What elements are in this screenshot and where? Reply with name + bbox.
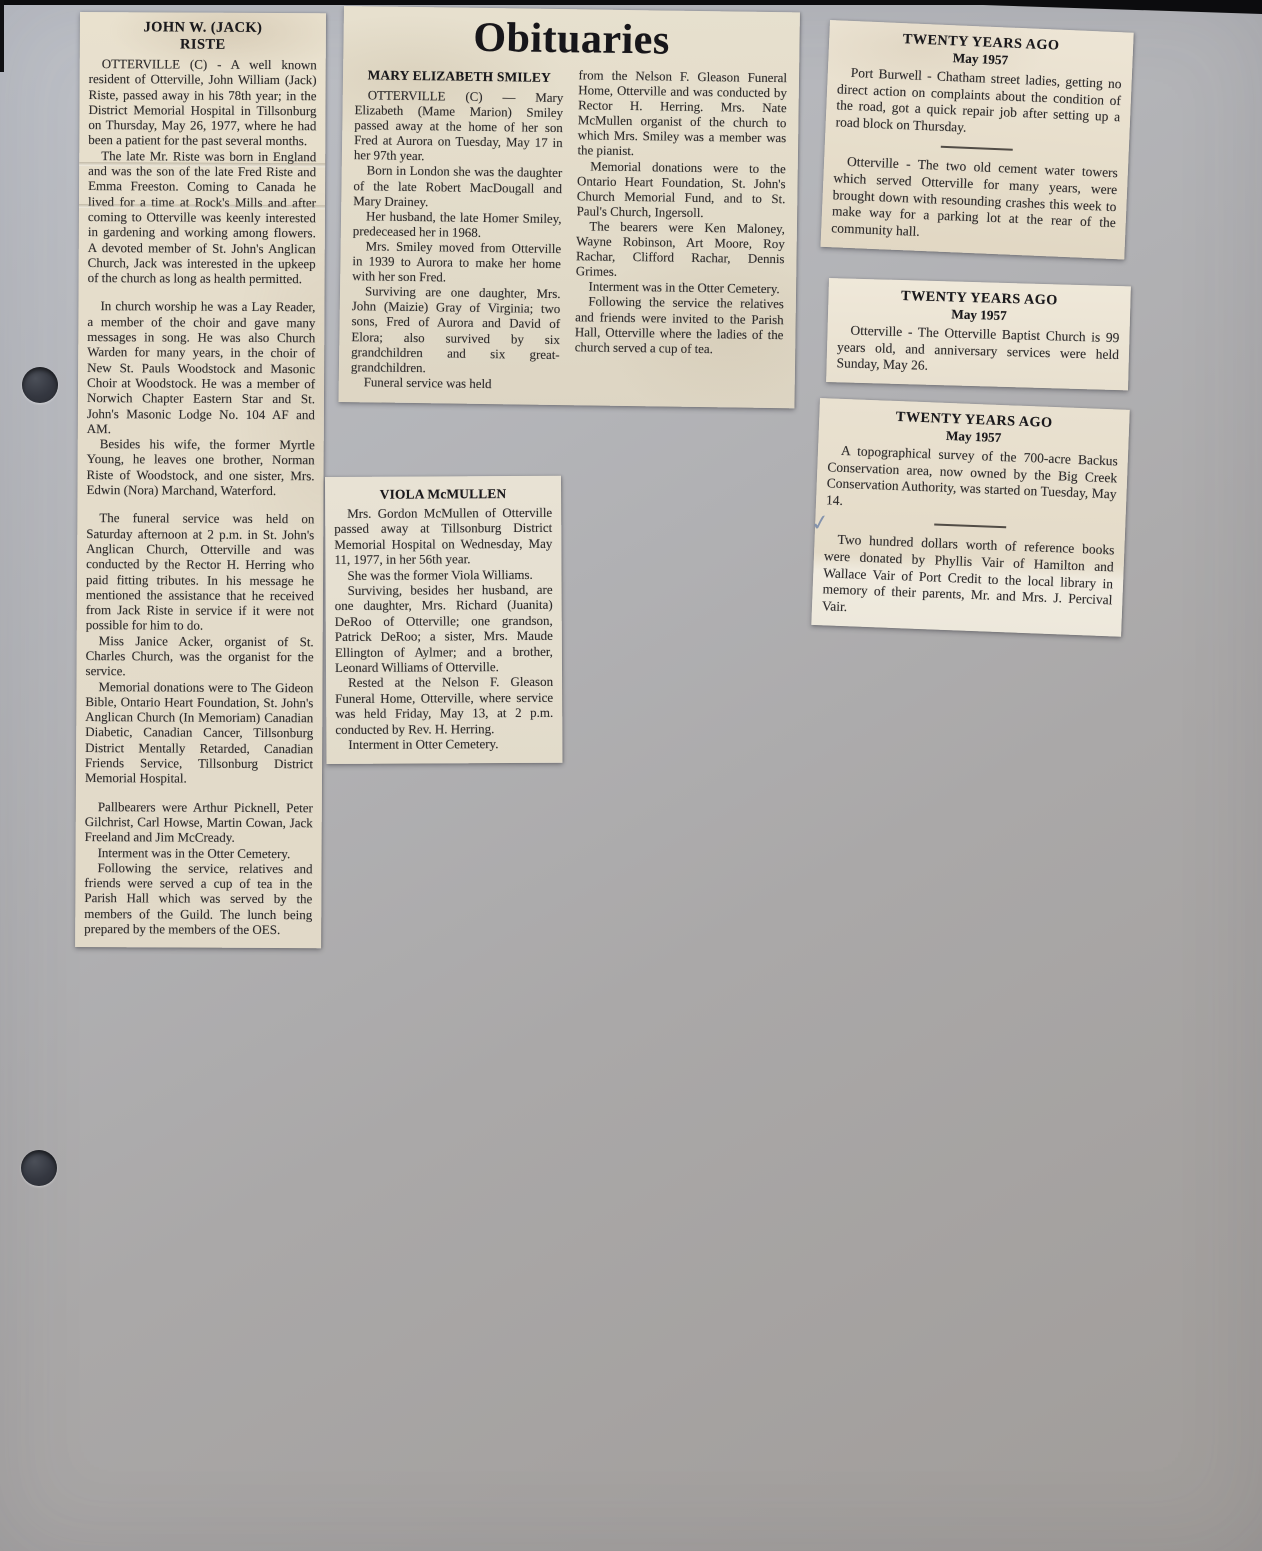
- paragraph: She was the former Viola Williams.: [334, 566, 552, 583]
- photo-left-edge: [0, 0, 4, 72]
- hole-punch-top: [22, 367, 58, 403]
- obituary-heading: MARY ELIZABETH SMILEY: [355, 67, 564, 86]
- paragraph: In church worship he was a Lay Reader, a…: [87, 298, 316, 437]
- column-left: MARY ELIZABETH SMILEY OTTERVILLE (C) — M…: [351, 65, 564, 393]
- paragraph: The bearers were Ken Maloney, Wayne Robi…: [576, 219, 785, 282]
- paragraph: Miss Janice Acker, organist of St. Charl…: [86, 633, 314, 680]
- paragraph: Otterville - The two old cement water to…: [831, 153, 1118, 249]
- scrapbook-photo: { "colors": { "page_background": "#b0b1b…: [0, 0, 1262, 1551]
- paragraph: Memorial donations were to The Gideon Bi…: [85, 679, 314, 787]
- clipping-twenty-years-ago-3: ✓ TWENTY YEARS AGO May 1957 A topographi…: [811, 398, 1129, 637]
- paragraph: Memorial donations were to the Ontario H…: [577, 159, 786, 222]
- two-column-layout: MARY ELIZABETH SMILEY OTTERVILLE (C) — M…: [351, 65, 787, 396]
- heading-line-1: JOHN W. (JACK): [143, 19, 262, 36]
- clipping-obituaries-smiley: Obituaries MARY ELIZABETH SMILEY OTTERVI…: [338, 6, 799, 408]
- paragraph: The funeral service was held on Saturday…: [86, 510, 315, 634]
- paragraph: Port Burwell - Chatham street ladies, ge…: [835, 64, 1122, 143]
- paragraph: Two hundred dollars worth of reference b…: [822, 531, 1115, 626]
- paragraph: A topographical survey of the 700-acre B…: [826, 442, 1118, 520]
- photo-top-right-edge: [922, 0, 1262, 14]
- paragraph: Rested at the Nelson F. Gleason Funeral …: [335, 674, 553, 737]
- paragraph: The late Mr. Riste was born in England a…: [88, 148, 317, 287]
- obituaries-section-title: Obituaries: [355, 12, 788, 66]
- paragraph: Surviving, besides her husband, are one …: [335, 582, 553, 676]
- paragraph: Interment was in the Otter Cemetery.: [85, 845, 313, 861]
- paragraph: Surviving are one daughter, Mrs. John (M…: [351, 284, 561, 377]
- paragraph: Mrs. Smiley moved from Otterville in 193…: [352, 239, 561, 287]
- paragraph: Following the service, relatives and fri…: [84, 860, 312, 938]
- obituary-heading: JOHN W. (JACK) RISTE: [89, 19, 317, 54]
- paragraph: OTTERVILLE (C) - A well known resident o…: [88, 56, 316, 149]
- clipping-twenty-years-ago-1: TWENTY YEARS AGO May 1957 Port Burwell -…: [820, 20, 1133, 259]
- heading-line-2: RISTE: [180, 37, 226, 53]
- paragraph: Born in London she was the daughter of t…: [353, 164, 562, 212]
- clipping-twenty-years-ago-2: TWENTY YEARS AGO May 1957 Otterville - T…: [826, 278, 1131, 391]
- section-divider: [941, 146, 1013, 151]
- paragraph: Funeral service was held: [351, 375, 560, 393]
- paragraph: Pallbearers were Arthur Picknell, Peter …: [85, 799, 313, 846]
- paragraph: Following the service the relatives and …: [575, 295, 784, 358]
- paragraph: Interment in Otter Cemetery.: [335, 736, 553, 753]
- obituary-heading: VIOLA McMULLEN: [334, 486, 552, 503]
- column-right: from the Nelson F. Gleason Funeral Home,…: [574, 68, 787, 396]
- scrapbook-page: JOHN W. (JACK) RISTE OTTERVILLE (C) - A …: [0, 0, 1262, 1551]
- paragraph: Mrs. Gordon McMullen of Otterville passe…: [334, 505, 552, 568]
- clipping-mcmullen-obituary: VIOLA McMULLEN Mrs. Gordon McMullen of O…: [325, 476, 562, 764]
- paragraph: Otterville - The Otterville Baptist Chur…: [836, 322, 1119, 380]
- pen-checkmark: ✓: [810, 515, 831, 534]
- paragraph: Besides his wife, the former Myrtle Youn…: [86, 436, 314, 498]
- hole-punch-bottom: [21, 1150, 57, 1186]
- clipping-riste-obituary: JOHN W. (JACK) RISTE OTTERVILLE (C) - A …: [75, 12, 326, 949]
- section-divider: [934, 523, 1006, 528]
- paragraph: from the Nelson F. Gleason Funeral Home,…: [577, 68, 787, 161]
- paragraph: OTTERVILLE (C) — Mary Elizabeth (Mame Ma…: [354, 88, 564, 166]
- paragraph: Her husband, the late Homer Smiley, pred…: [353, 209, 562, 242]
